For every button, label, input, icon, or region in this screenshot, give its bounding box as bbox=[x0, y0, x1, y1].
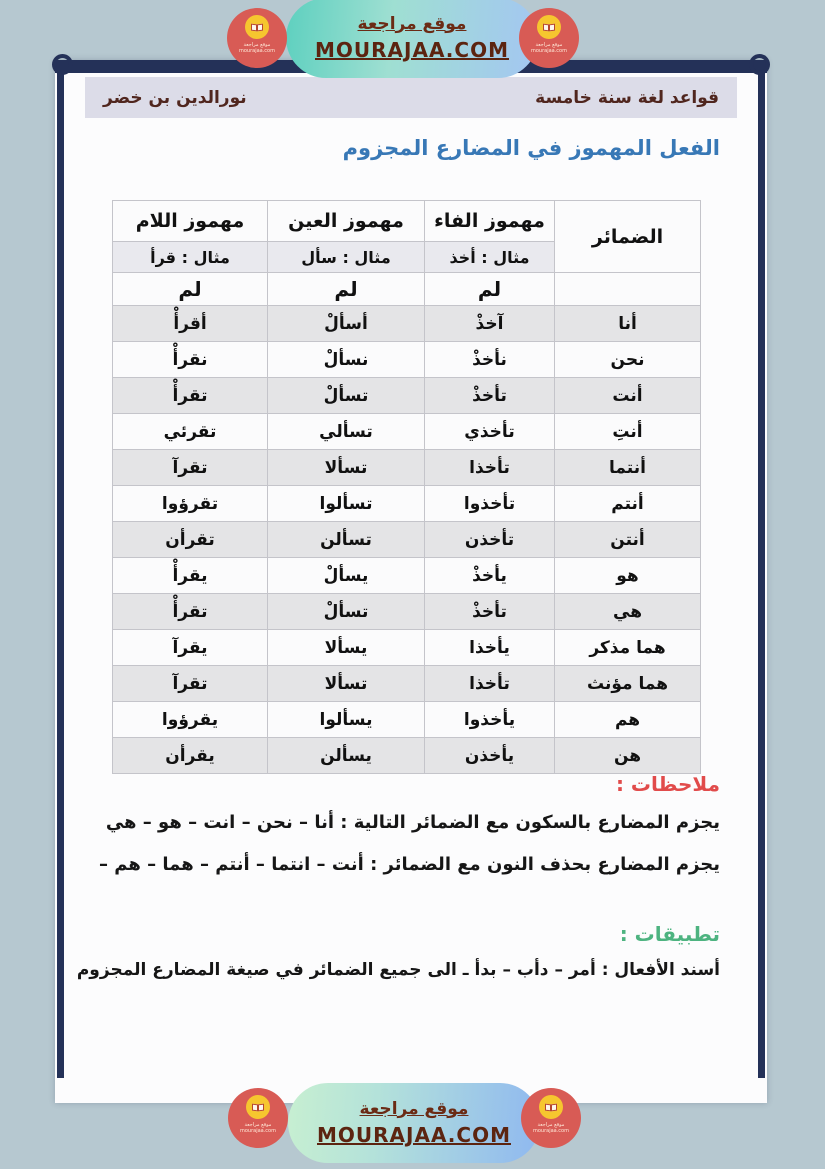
particle-ain: لم bbox=[268, 273, 425, 306]
verb-ain-cell: تسألوا bbox=[268, 486, 425, 522]
applications-exercise-line: أسند الأفعال : أمر – دأب – بدأ ـ الى جمي… bbox=[77, 960, 720, 980]
table-row: أنتِتأخذيتسأليتقرئي bbox=[113, 414, 701, 450]
verb-fa-cell: تأخذْ bbox=[425, 378, 555, 414]
table-row: أناآخذْأسألْأقرأْ bbox=[113, 306, 701, 342]
badge-label-domain: mourajaa.com bbox=[239, 48, 275, 54]
course-label: قواعد لغة سنة خامسة bbox=[535, 88, 719, 108]
site-banner-bottom: موقع مراجعة MOURAJAA.COM bbox=[288, 1083, 540, 1163]
verb-ain-cell: تسألْ bbox=[268, 594, 425, 630]
verb-lam-cell: يقرأن bbox=[113, 738, 268, 774]
verb-fa-cell: نأخذْ bbox=[425, 342, 555, 378]
verb-fa-cell: يأخذوا bbox=[425, 702, 555, 738]
verb-lam-cell: تقرأْ bbox=[113, 594, 268, 630]
verb-fa-cell: تأخذن bbox=[425, 522, 555, 558]
site-logo-badge: موقع مراجعة mourajaa.com bbox=[521, 1088, 581, 1148]
verb-lam-cell: تقرأْ bbox=[113, 378, 268, 414]
page-title: الفعل المهموز في المضارع المجزوم bbox=[343, 136, 720, 160]
site-domain-link: MOURAJAA.COM bbox=[315, 37, 509, 64]
worksheet-page: نورالدين بن خضر قواعد لغة سنة خامسة الفع… bbox=[55, 60, 767, 1103]
pronoun-cell: هم bbox=[555, 702, 701, 738]
site-name-arabic: موقع مراجعة bbox=[360, 1097, 469, 1123]
empty-cell bbox=[555, 273, 701, 306]
verb-ain-cell: تسألا bbox=[268, 450, 425, 486]
pronoun-cell: أنتما bbox=[555, 450, 701, 486]
pronoun-cell: هما مؤنث bbox=[555, 666, 701, 702]
frame-side-bar-left bbox=[57, 60, 64, 1078]
table-row: هيتأخذْتسألْتقرأْ bbox=[113, 594, 701, 630]
pronoun-cell: أنت bbox=[555, 378, 701, 414]
verb-lam-cell: يقرآ bbox=[113, 630, 268, 666]
badge-label-domain: mourajaa.com bbox=[531, 48, 567, 54]
verb-fa-cell: تأخذْ bbox=[425, 594, 555, 630]
verb-ain-cell: يسألْ bbox=[268, 558, 425, 594]
verb-fa-cell: يأخذْ bbox=[425, 558, 555, 594]
particle-fa: لم bbox=[425, 273, 555, 306]
table-row: هما مؤنثتأخذاتسألاتقرآ bbox=[113, 666, 701, 702]
verb-ain-cell: تسألا bbox=[268, 666, 425, 702]
table-row: أنتتأخذْتسألْتقرأْ bbox=[113, 378, 701, 414]
verb-fa-cell: يأخذن bbox=[425, 738, 555, 774]
pronoun-cell: أنا bbox=[555, 306, 701, 342]
verb-ain-cell: تسألي bbox=[268, 414, 425, 450]
conjugation-table: الضمائر مهموز الفاء مهموز العين مهموز ال… bbox=[112, 200, 701, 774]
site-logo-badge: موقع مراجعة mourajaa.com bbox=[227, 8, 287, 68]
table-row: نحننأخذْنسألْنقرأْ bbox=[113, 342, 701, 378]
example-lam: مثال : قرأ bbox=[113, 242, 268, 273]
table-row: أنتمتأخذواتسألواتقرؤوا bbox=[113, 486, 701, 522]
verb-ain-cell: تسألن bbox=[268, 522, 425, 558]
table-row: أنتنتأخذنتسألنتقرأن bbox=[113, 522, 701, 558]
verb-lam-cell: أقرأْ bbox=[113, 306, 268, 342]
column-header-fa: مهموز الفاء bbox=[425, 201, 555, 242]
book-icon bbox=[246, 1095, 270, 1119]
column-header-ain: مهموز العين bbox=[268, 201, 425, 242]
verb-fa-cell: تأخذوا bbox=[425, 486, 555, 522]
table-header-row: الضمائر مهموز الفاء مهموز العين مهموز ال… bbox=[113, 201, 701, 242]
verb-ain-cell: نسألْ bbox=[268, 342, 425, 378]
verb-fa-cell: تأخذا bbox=[425, 450, 555, 486]
verb-ain-cell: يسألن bbox=[268, 738, 425, 774]
verb-lam-cell: نقرأْ bbox=[113, 342, 268, 378]
site-logo-badge: موقع مراجعة mourajaa.com bbox=[519, 8, 579, 68]
pronoun-cell: هو bbox=[555, 558, 701, 594]
verb-fa-cell: تأخذا bbox=[425, 666, 555, 702]
pronoun-cell: هما مذكر bbox=[555, 630, 701, 666]
book-icon bbox=[539, 1095, 563, 1119]
verb-ain-cell: يسألا bbox=[268, 630, 425, 666]
author-name: نورالدين بن خضر bbox=[103, 88, 247, 108]
applications-heading: تطبيقات : bbox=[620, 922, 720, 946]
site-domain-link: MOURAJAA.COM bbox=[317, 1122, 511, 1149]
pronouns-column-header: الضمائر bbox=[555, 201, 701, 273]
site-logo-badge: موقع مراجعة mourajaa.com bbox=[228, 1088, 288, 1148]
verb-lam-cell: تقرآ bbox=[113, 666, 268, 702]
verb-lam-cell: تقرأن bbox=[113, 522, 268, 558]
verb-ain-cell: أسألْ bbox=[268, 306, 425, 342]
note-line-sukun: يجزم المضارع بالسكون مع الضمائر التالية … bbox=[106, 812, 720, 833]
verb-lam-cell: يقرأْ bbox=[113, 558, 268, 594]
pronoun-cell: أنتِ bbox=[555, 414, 701, 450]
site-name-arabic: موقع مراجعة bbox=[358, 12, 467, 38]
pronoun-cell: هي bbox=[555, 594, 701, 630]
verb-lam-cell: تقرآ bbox=[113, 450, 268, 486]
notes-heading: ملاحظات : bbox=[616, 772, 720, 796]
verb-lam-cell: يقرؤوا bbox=[113, 702, 268, 738]
jussive-particle-row: لم لم لم bbox=[113, 273, 701, 306]
pronoun-cell: نحن bbox=[555, 342, 701, 378]
verb-fa-cell: يأخذا bbox=[425, 630, 555, 666]
table-row: هويأخذْيسألْيقرأْ bbox=[113, 558, 701, 594]
page-header-strip: نورالدين بن خضر قواعد لغة سنة خامسة bbox=[85, 77, 737, 118]
verb-ain-cell: يسألوا bbox=[268, 702, 425, 738]
conjugation-table-body: أناآخذْأسألْأقرأْنحننأخذْنسألْنقرأْأنتتأ… bbox=[113, 306, 701, 774]
book-icon bbox=[245, 15, 269, 39]
badge-label-domain: mourajaa.com bbox=[240, 1128, 276, 1134]
table-row: هنيأخذنيسألنيقرأن bbox=[113, 738, 701, 774]
frame-corner-loop-right bbox=[749, 54, 770, 75]
site-banner-top: موقع مراجعة MOURAJAA.COM bbox=[286, 0, 538, 78]
verb-ain-cell: تسألْ bbox=[268, 378, 425, 414]
pronoun-cell: هن bbox=[555, 738, 701, 774]
table-row: هميأخذوايسألوايقرؤوا bbox=[113, 702, 701, 738]
frame-corner-loop-left bbox=[52, 54, 73, 75]
example-fa: مثال : أخذ bbox=[425, 242, 555, 273]
pronoun-cell: أنتن bbox=[555, 522, 701, 558]
note-line-noon-deletion: يجزم المضارع بحذف النون مع الضمائر : أنت… bbox=[99, 854, 720, 875]
verb-lam-cell: تقرئي bbox=[113, 414, 268, 450]
table-row: هما مذكريأخذايسألايقرآ bbox=[113, 630, 701, 666]
verb-fa-cell: تأخذي bbox=[425, 414, 555, 450]
pronoun-cell: أنتم bbox=[555, 486, 701, 522]
verb-lam-cell: تقرؤوا bbox=[113, 486, 268, 522]
example-ain: مثال : سأل bbox=[268, 242, 425, 273]
badge-label-domain: mourajaa.com bbox=[533, 1128, 569, 1134]
particle-lam: لم bbox=[113, 273, 268, 306]
verb-fa-cell: آخذْ bbox=[425, 306, 555, 342]
table-row: أنتماتأخذاتسألاتقرآ bbox=[113, 450, 701, 486]
frame-side-bar-right bbox=[758, 60, 765, 1078]
book-icon bbox=[537, 15, 561, 39]
column-header-lam: مهموز اللام bbox=[113, 201, 268, 242]
